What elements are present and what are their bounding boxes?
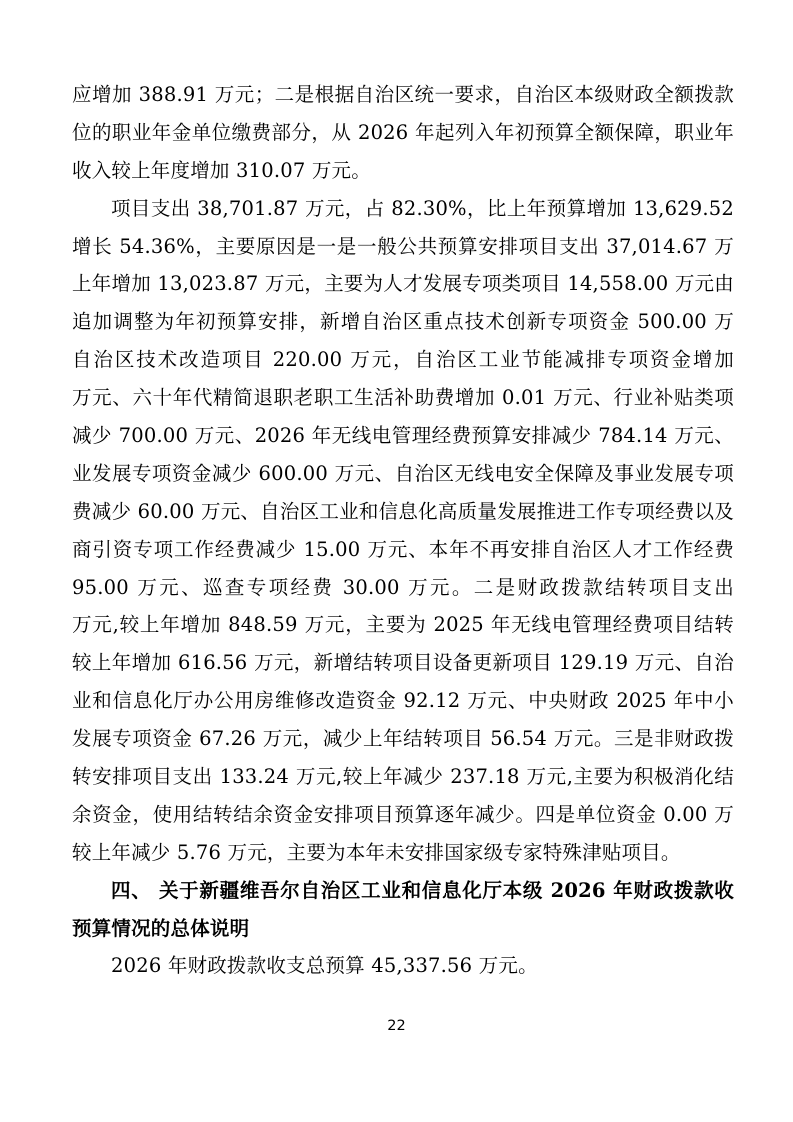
body-line: 位的职业年金单位缴费部分，从 2026 年起列入年初预算全额保障，职业年金 [72,114,734,152]
body-line: 追加调整为年初预算安排，新增自治区重点技术创新专项资金 500.00 万元、 [72,303,734,341]
body-line: 上年增加 13,023.87 万元，主要为人才发展专项类项目 14,558.00… [72,265,734,303]
body-line: 万元,较上年增加 848.59 万元，主要为 2025 年无线电管理经费项目结转… [72,606,734,644]
body-line: 收入较上年度增加 310.07 万元。 [72,152,734,190]
body-line: 2026 年财政拨款收支总预算 45,337.56 万元。 [72,947,734,985]
page-number: 22 [0,1018,793,1034]
body-line: 增长 54.36%，主要原因是一是一般公共预算安排项目支出 37,014.67 … [72,228,734,266]
body-line: 发展专项资金 67.26 万元，减少上年结转项目 56.54 万元。三是非财政拨… [72,720,734,758]
body-line: 费减少 60.00 万元、自治区工业和信息化高质量发展推进工作专项经费以及招 [72,493,734,531]
document-page: 应增加 388.91 万元；二是根据自治区统一要求，自治区本级财政全额拨款单位的… [0,0,793,1122]
document-body: 应增加 388.91 万元；二是根据自治区统一要求，自治区本级财政全额拨款单位的… [72,76,734,985]
body-line: 应增加 388.91 万元；二是根据自治区统一要求，自治区本级财政全额拨款单 [72,76,734,114]
body-line: 业和信息化厅办公用房维修改造资金 92.12 万元、中央财政 2025 年中小企… [72,682,734,720]
body-line: 95.00 万元、巡查专项经费 30.00 万元。二是财政拨款结转项目支出 1,… [72,569,734,607]
heading-line: 预算情况的总体说明 [72,910,734,948]
heading-line: 四、 关于新疆维吾尔自治区工业和信息化厅本级 2026 年财政拨款收支 [72,872,734,910]
body-line: 转安排项目支出 133.24 万元,较上年减少 237.18 万元,主要为积极消… [72,758,734,796]
body-line: 余资金，使用结转结余资金安排项目预算逐年减少。四是单位资金 0.00 万元， [72,796,734,834]
body-line: 较上年增加 616.56 万元，新增结转项目设备更新项目 129.19 万元、自… [72,644,734,682]
body-line: 业发展专项资金减少 600.00 万元、自治区无线电安全保障及事业发展专项经 [72,455,734,493]
body-line: 较上年减少 5.76 万元，主要为本年未安排国家级专家特殊津贴项目。 [72,834,734,872]
body-line: 商引资专项工作经费减少 15.00 万元、本年不再安排自治区人才工作经费 [72,531,734,569]
body-line: 万元、六十年代精简退职老职工生活补助费增加 0.01 万元、行业补贴类项目 [72,379,734,417]
body-line: 项目支出 38,701.87 万元，占 82.30%，比上年预算增加 13,62… [72,190,734,228]
body-line: 自治区技术改造项目 220.00 万元，自治区工业节能减排专项资金增加 30.0… [72,341,734,379]
body-line: 减少 700.00 万元、2026 年无线电管理经费预算安排减少 784.14 … [72,417,734,455]
